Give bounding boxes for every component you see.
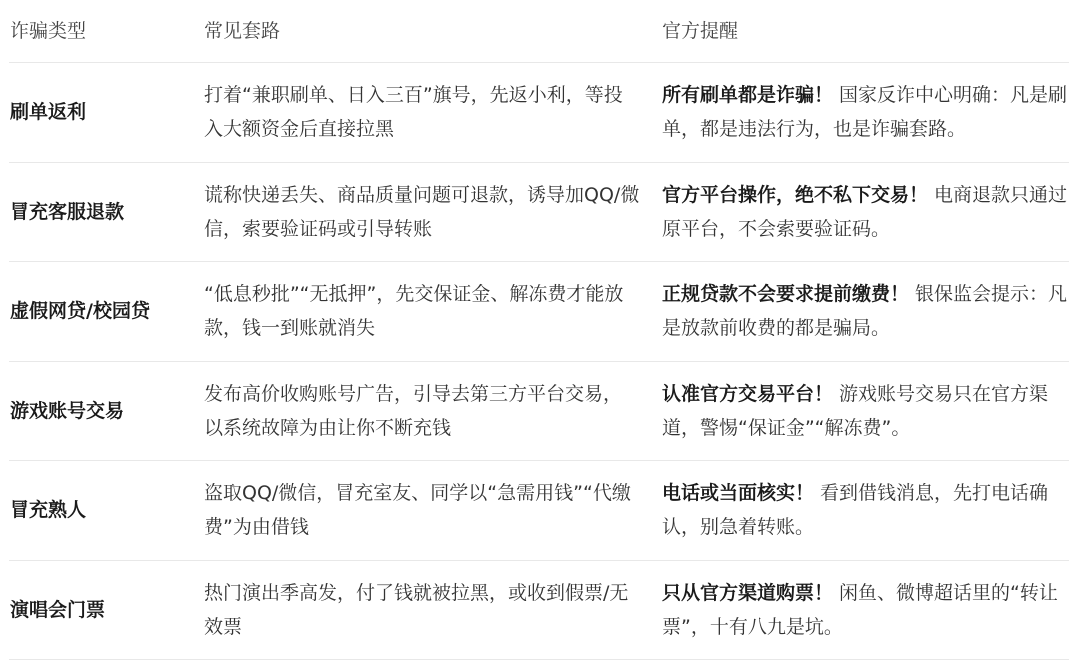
routine-cell: 谎称快递丢失、商品质量问题可退款，诱导加QQ/微信，索要验证码或引导转账 [204, 178, 662, 246]
routine-cell: 热门演出季高发，付了钱就被拉黑，或收到假票/无效票 [204, 576, 662, 644]
warning-cell: 只从官方渠道购票！ 闲鱼、微博超话里的“转让票”，十有八九是坑。 [662, 576, 1069, 644]
routine-cell: 打着“兼职刷单、日入三百”旗号，先返小利，等投入大额资金后直接拉黑 [204, 78, 662, 146]
warning-cell: 正规贷款不会要求提前缴费！ 银保监会提示：凡是放款前收费的都是骗局。 [662, 277, 1069, 345]
header-official-warning: 官方提醒 [662, 14, 1069, 48]
fraud-type-cell: 刷单返利 [9, 95, 204, 129]
fraud-type-cell: 冒充熟人 [9, 493, 204, 527]
routine-cell: “低息秒批”“无抵押”，先交保证金、解冻费才能放款，钱一到账就消失 [204, 277, 662, 345]
warning-emphasis: 电话或当面核实！ [662, 482, 814, 504]
table-header-row: 诈骗类型 常见套路 官方提醒 [9, 0, 1069, 63]
warning-emphasis: 官方平台操作，绝不私下交易！ [662, 184, 928, 206]
warning-cell: 所有刷单都是诈骗！ 国家反诈中心明确：凡是刷单，都是违法行为，也是诈骗套路。 [662, 78, 1069, 146]
warning-emphasis: 正规贷款不会要求提前缴费！ [662, 283, 909, 305]
table-row: 冒充熟人 盗取QQ/微信，冒充室友、同学以“急需用钱”“代缴费”为由借钱 电话或… [9, 461, 1069, 561]
table-row: 冒充客服退款 谎称快递丢失、商品质量问题可退款，诱导加QQ/微信，索要验证码或引… [9, 163, 1069, 263]
routine-cell: 盗取QQ/微信，冒充室友、同学以“急需用钱”“代缴费”为由借钱 [204, 476, 662, 544]
table-row: 刷单返利 打着“兼职刷单、日入三百”旗号，先返小利，等投入大额资金后直接拉黑 所… [9, 63, 1069, 163]
fraud-type-cell: 演唱会门票 [9, 593, 204, 627]
warning-cell: 认准官方交易平台！ 游戏账号交易只在官方渠道，警惕“保证金”“解冻费”。 [662, 377, 1069, 445]
routine-cell: 发布高价收购账号广告，引导去第三方平台交易，以系统故障为由让你不断充钱 [204, 377, 662, 445]
fraud-type-cell: 冒充客服退款 [9, 195, 204, 229]
fraud-types-table: 诈骗类型 常见套路 官方提醒 刷单返利 打着“兼职刷单、日入三百”旗号，先返小利… [9, 0, 1069, 660]
warning-emphasis: 认准官方交易平台！ [662, 383, 833, 405]
fraud-type-cell: 游戏账号交易 [9, 394, 204, 428]
warning-emphasis: 所有刷单都是诈骗！ [662, 84, 833, 106]
table-row: 演唱会门票 热门演出季高发，付了钱就被拉黑，或收到假票/无效票 只从官方渠道购票… [9, 561, 1069, 661]
warning-cell: 官方平台操作，绝不私下交易！ 电商退款只通过原平台，不会索要验证码。 [662, 178, 1069, 246]
header-fraud-type: 诈骗类型 [9, 14, 204, 48]
warning-emphasis: 只从官方渠道购票！ [662, 582, 833, 604]
fraud-type-cell: 虚假网贷/校园贷 [9, 294, 204, 328]
table-row: 游戏账号交易 发布高价收购账号广告，引导去第三方平台交易，以系统故障为由让你不断… [9, 362, 1069, 462]
table-row: 虚假网贷/校园贷 “低息秒批”“无抵押”，先交保证金、解冻费才能放款，钱一到账就… [9, 262, 1069, 362]
header-common-routine: 常见套路 [204, 14, 662, 48]
warning-cell: 电话或当面核实！ 看到借钱消息，先打电话确认，别急着转账。 [662, 476, 1069, 544]
